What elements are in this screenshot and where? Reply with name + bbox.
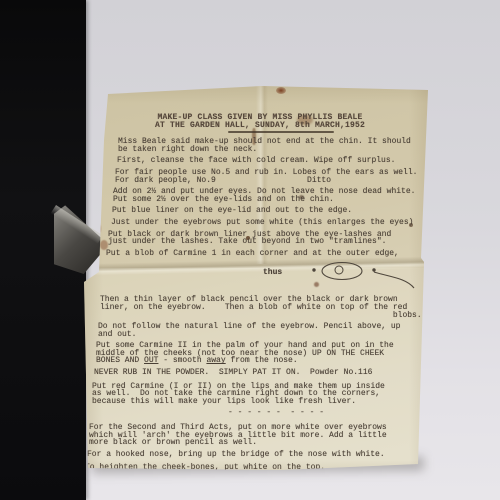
typed-line: more black or brown pencil as well.: [89, 439, 434, 447]
typed-line: just under the lashes. Take out beyond i…: [108, 238, 434, 246]
typed-line: Do not follow the natural line of the ey…: [98, 323, 434, 331]
paragraph: For a hooked nose, bring up the bridge o…: [87, 451, 434, 459]
thus-label: thus: [263, 269, 282, 277]
photo-scene: MAKE-UP CLASS GIVEN BY MISS PHYLLIS BEAL…: [0, 0, 500, 500]
typed-line: Put a blob of Carmine 1 in each corner a…: [106, 250, 434, 258]
dashed-separator: - - - - - - - - - -: [228, 409, 434, 417]
paragraph: First, cleanse the face with cold cream.…: [117, 157, 434, 165]
typed-line: Put some 2½ over the eye-lids and on the…: [113, 196, 434, 204]
text-part: - smooth: [158, 356, 206, 365]
typed-line: For a hooked nose, bring up the bridge o…: [87, 451, 434, 459]
typed-line-emphasis: BONES AND OUT - smooth away from the nos…: [96, 357, 434, 365]
underlined-word: OUT: [144, 356, 158, 365]
typed-line: First, cleanse the face with cold cream.…: [117, 157, 434, 165]
document-title: MAKE-UP CLASS GIVEN BY MISS PHYLLIS BEAL…: [100, 114, 420, 129]
typed-line: be taken right down the neck.: [118, 146, 434, 154]
typed-line: Put blue liner on the eye-lid and out to…: [112, 207, 434, 215]
separator-dashes: - - - - - - - - - -: [228, 409, 434, 417]
paragraph: Just under the eyebrows put some white (…: [111, 219, 434, 227]
typed-line: For dark people, No.9 Ditto: [115, 177, 434, 185]
paragraph: Miss Beale said make-up should not end a…: [118, 138, 434, 153]
typed-line: blobs.: [100, 312, 434, 320]
paragraph: NEVER RUB IN THE POWDER. SIMPLY PAT IT O…: [94, 369, 434, 377]
paragraph: Put black or dark brown liner just above…: [108, 231, 434, 246]
typed-line: and out.: [98, 331, 434, 339]
paragraph: Then a thin layer of black pencil over t…: [100, 296, 434, 319]
eye-diagram: [308, 261, 420, 291]
typed-line: NEVER RUB IN THE POWDER. SIMPLY PAT IT O…: [94, 369, 434, 377]
paragraph: Put a blob of Carmine 1 in each corner a…: [106, 250, 434, 258]
paragraph: Put blue liner on the eye-lid and out to…: [112, 207, 434, 215]
paragraph: For the Second and Third Acts, put on mo…: [89, 424, 434, 447]
title-underline: [228, 131, 334, 133]
underlined-word: away: [206, 356, 225, 365]
title-line: AT THE GARDEN HALL, SUNDAY, 8th MARCH,19…: [100, 122, 420, 130]
thus-annotation: thus: [263, 261, 434, 287]
paragraph: For fair people use No.5 and rub in. Lob…: [115, 169, 434, 184]
typed-content: MAKE-UP CLASS GIVEN BY MISS PHYLLIS BEAL…: [78, 84, 434, 476]
paragraph: Do not follow the natural line of the ey…: [98, 323, 434, 338]
text-part: from the nose.: [226, 356, 298, 365]
paper-sheet: MAKE-UP CLASS GIVEN BY MISS PHYLLIS BEAL…: [78, 84, 434, 476]
text-part: BONES AND: [96, 356, 144, 365]
typed-line: because this will make your lips look li…: [92, 398, 434, 406]
typed-line: Just under the eyebrows put some white (…: [111, 219, 434, 227]
paragraph: Add on 2½ and put under eyes. Do not lea…: [113, 188, 434, 203]
paragraph: Put some Carmine II in the palm of your …: [96, 342, 434, 365]
paragraph: Put red Carmine (I or II) on the lips an…: [92, 383, 434, 406]
